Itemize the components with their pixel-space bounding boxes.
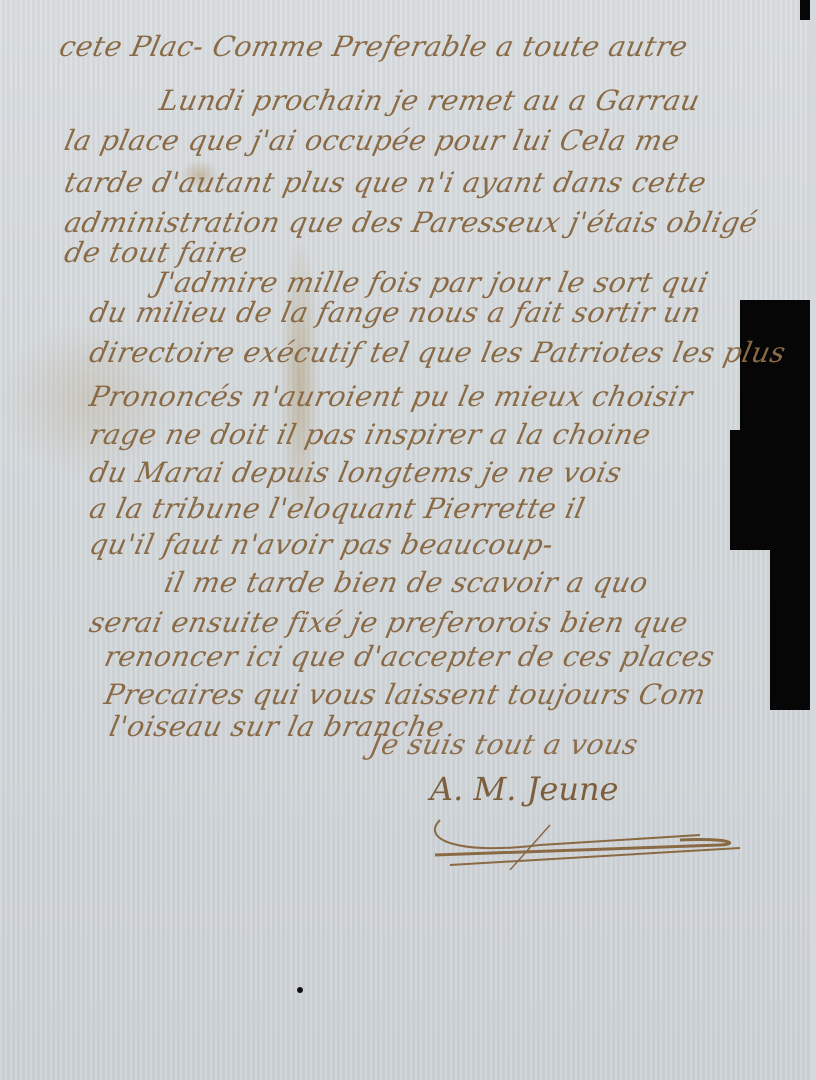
letter-line: cete Plac- Comme Preferable a toute autr… (56, 30, 690, 63)
letter-line: tarde d'autant plus que n'i ayant dans c… (61, 166, 709, 199)
letter-line: J'admire mille fois par jour le sort qui (151, 266, 711, 299)
page-edge (810, 0, 816, 1080)
letter-line: rage ne doit il pas inspirer a la choine (86, 418, 653, 451)
letter-closing: Je suis tout a vous (366, 728, 641, 761)
letter-line: il me tarde bien de scavoir a quo (161, 566, 651, 599)
letter-line: de tout faire (61, 236, 250, 269)
letter-line: Lundi prochain je remet au a Garrau (156, 84, 703, 117)
torn-edge (730, 430, 760, 550)
letter-line: la place que j'ai occupée pour lui Cela … (61, 124, 682, 157)
ink-dot (297, 987, 303, 993)
letter-line: Precaires qui vous laissent toujours Com (101, 678, 708, 711)
letter-line: administration que des Paresseux j'étais… (61, 206, 760, 239)
signature-flourish (420, 810, 760, 870)
letter-line: du Marai depuis longtems je ne vois (86, 456, 624, 489)
letter-page: cete Plac- Comme Preferable a toute autr… (0, 0, 816, 1080)
letter-line: Prononcés n'auroient pu le mieux choisir (86, 380, 695, 413)
letter-line: du milieu de la fange nous a fait sortir… (86, 296, 704, 329)
letter-line: renoncer ici que d'accepter de ces place… (101, 640, 717, 673)
letter-line: directoire exécutif tel que les Patriote… (86, 336, 788, 369)
signature: A. M. Jeune (430, 770, 618, 808)
letter-line: serai ensuite fixé je preferorois bien q… (86, 606, 691, 639)
letter-line: qu'il faut n'avoir pas beaucoup- (86, 528, 556, 561)
letter-line: a la tribune l'eloquant Pierrette il (86, 492, 588, 525)
